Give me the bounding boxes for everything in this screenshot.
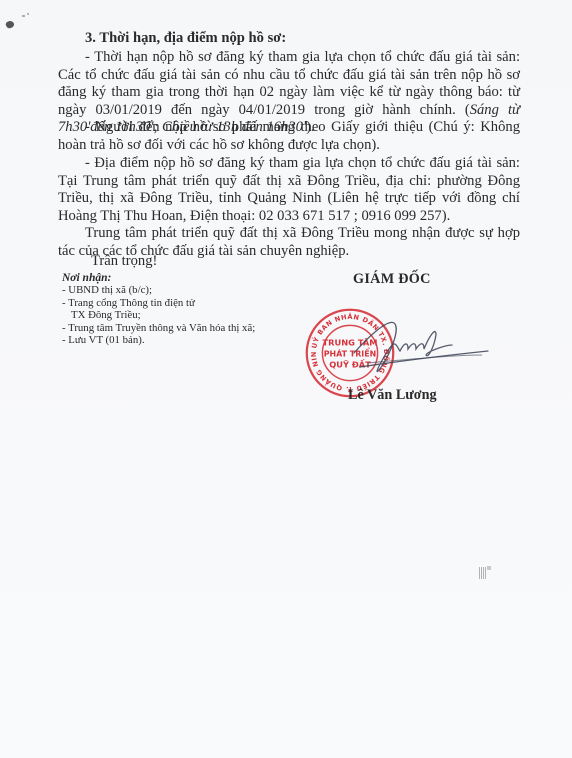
paragraph-introduction-letter: - Người đến nộp hồ sơ phải mang theo Giấ…	[58, 119, 520, 154]
recipient-item: - UBND thị xã (b/c);	[62, 284, 255, 296]
document-page: 3. Thời hạn, địa điểm nộp hồ sơ: - Thời …	[0, 0, 572, 758]
recipient-item: - Trang cổng Thông tin điện tử	[62, 297, 255, 309]
deadline-text: - Thời hạn nộp hồ sơ đăng ký tham gia lự…	[58, 49, 520, 118]
recipient-item: - Lưu VT (01 bản).	[62, 334, 255, 346]
scan-artifact	[479, 567, 487, 579]
section-heading: 3. Thời hạn, địa điểm nộp hồ sơ:	[85, 30, 286, 47]
signer-name: Lê Văn Lương	[348, 387, 437, 404]
scan-artifact	[487, 566, 491, 570]
paragraph-location: - Địa điểm nộp hồ sơ đăng ký tham gia lự…	[58, 155, 520, 225]
closing-greeting: Trân trọng!	[91, 253, 157, 270]
scan-artifact	[27, 13, 29, 15]
recipient-item: TX Đông Triều;	[62, 309, 255, 321]
scan-artifact	[5, 20, 15, 30]
recipients-title: Nơi nhận:	[62, 272, 255, 284]
signer-position: GIÁM ĐỐC	[353, 271, 431, 288]
recipient-item: - Trung tâm Truyền thông và Văn hóa thị …	[62, 322, 255, 334]
scan-artifact	[22, 15, 25, 17]
recipients-list: Nơi nhận: - UBND thị xã (b/c); - Trang c…	[62, 272, 255, 346]
handwritten-signature-icon	[350, 315, 490, 385]
